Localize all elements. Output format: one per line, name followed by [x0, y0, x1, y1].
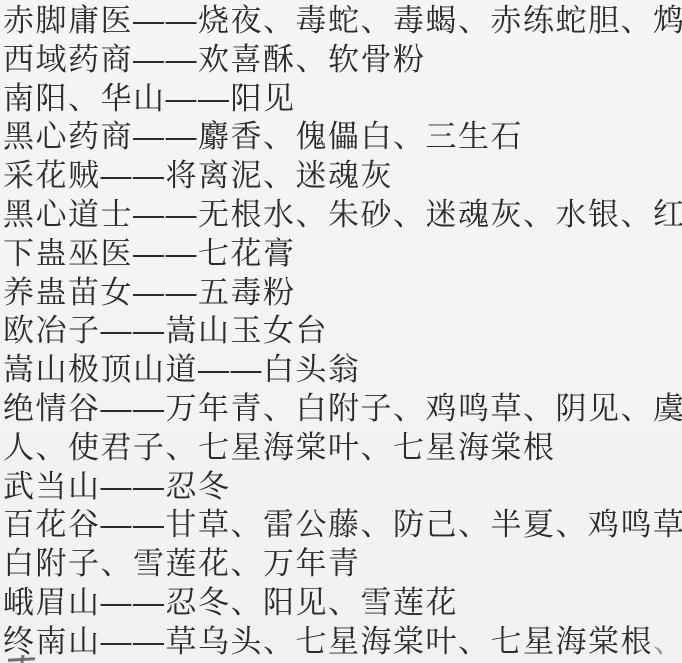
line-text: 白附子、雪莲花、万年青	[3, 546, 361, 581]
text-line: 人、使君子、七星海棠叶、七星海棠根	[3, 429, 682, 468]
text-line: 武当山——忍冬	[3, 468, 682, 507]
cutoff-next-line-fragment	[8, 655, 44, 663]
text-line: 西域药商——欢喜酥、软骨粉	[3, 41, 682, 80]
line-text: 终南山——草乌头、七星海棠叶、七星海棠根	[3, 624, 653, 659]
text-line: 终南山——草乌头、七星海棠叶、七星海棠根、艾	[3, 623, 682, 662]
text-line: 黑心药商——麝香、傀儡白、三生石	[3, 118, 682, 157]
line-text: 百花谷——甘草、雷公藤、防己、半夏、鸡鸣草、	[3, 507, 682, 542]
text-line: 南阳、华山——阳见	[3, 80, 682, 119]
text-line: 养蛊苗女——五毒粉	[3, 274, 682, 313]
line-text: 欧冶子——嵩山玉女台	[3, 313, 328, 348]
line-text: 武当山——忍冬	[3, 469, 231, 504]
text-line: 百花谷——甘草、雷公藤、防己、半夏、鸡鸣草、	[3, 506, 682, 545]
text-line: 下蛊巫医——七花膏	[3, 235, 682, 274]
document-page: 赤脚庸医——烧夜、毒蛇、毒蝎、赤练蛇胆、鸩毒西域药商——欢喜酥、软骨粉南阳、华山…	[0, 0, 682, 663]
line-text: 西域药商——欢喜酥、软骨粉	[3, 42, 426, 77]
line-text: 人、使君子、七星海棠叶、七星海棠根	[3, 430, 556, 465]
text-line: 白附子、雪莲花、万年青	[3, 545, 682, 584]
line-text: 采花贼——将离泥、迷魂灰	[3, 158, 393, 193]
line-text: 嵩山极顶山道——白头翁	[3, 352, 361, 387]
line-text: 峨眉山——忍冬、阳见、雪莲花	[3, 585, 458, 620]
line-text: 南阳、华山——阳见	[3, 81, 296, 116]
line-text: 黑心药商——麝香、傀儡白、三生石	[3, 119, 523, 154]
line-text: 养蛊苗女——五毒粉	[3, 275, 296, 310]
text-line: 绝情谷——万年青、白附子、鸡鸣草、阴见、虞美	[3, 390, 682, 429]
text-line: 赤脚庸医——烧夜、毒蛇、毒蝎、赤练蛇胆、鸩毒	[3, 2, 682, 41]
text-line: 峨眉山——忍冬、阳见、雪莲花	[3, 584, 682, 623]
line-text: 赤脚庸医——烧夜、毒蛇、毒蝎、赤练蛇胆、鸩毒	[3, 3, 682, 38]
text-content: 赤脚庸医——烧夜、毒蛇、毒蝎、赤练蛇胆、鸩毒西域药商——欢喜酥、软骨粉南阳、华山…	[0, 0, 682, 662]
text-line: 欧冶子——嵩山玉女台	[3, 312, 682, 351]
line-text: 绝情谷——万年青、白附子、鸡鸣草、阴见、虞美	[3, 391, 682, 426]
text-line: 黑心道士——无根水、朱砂、迷魂灰、水银、红矾	[3, 196, 682, 235]
text-line: 嵩山极顶山道——白头翁	[3, 351, 682, 390]
faded-line-tail: 、艾	[653, 624, 682, 659]
line-text: 黑心道士——无根水、朱砂、迷魂灰、水银、红矾	[3, 197, 682, 232]
text-line: 采花贼——将离泥、迷魂灰	[3, 157, 682, 196]
line-text: 下蛊巫医——七花膏	[3, 236, 296, 271]
